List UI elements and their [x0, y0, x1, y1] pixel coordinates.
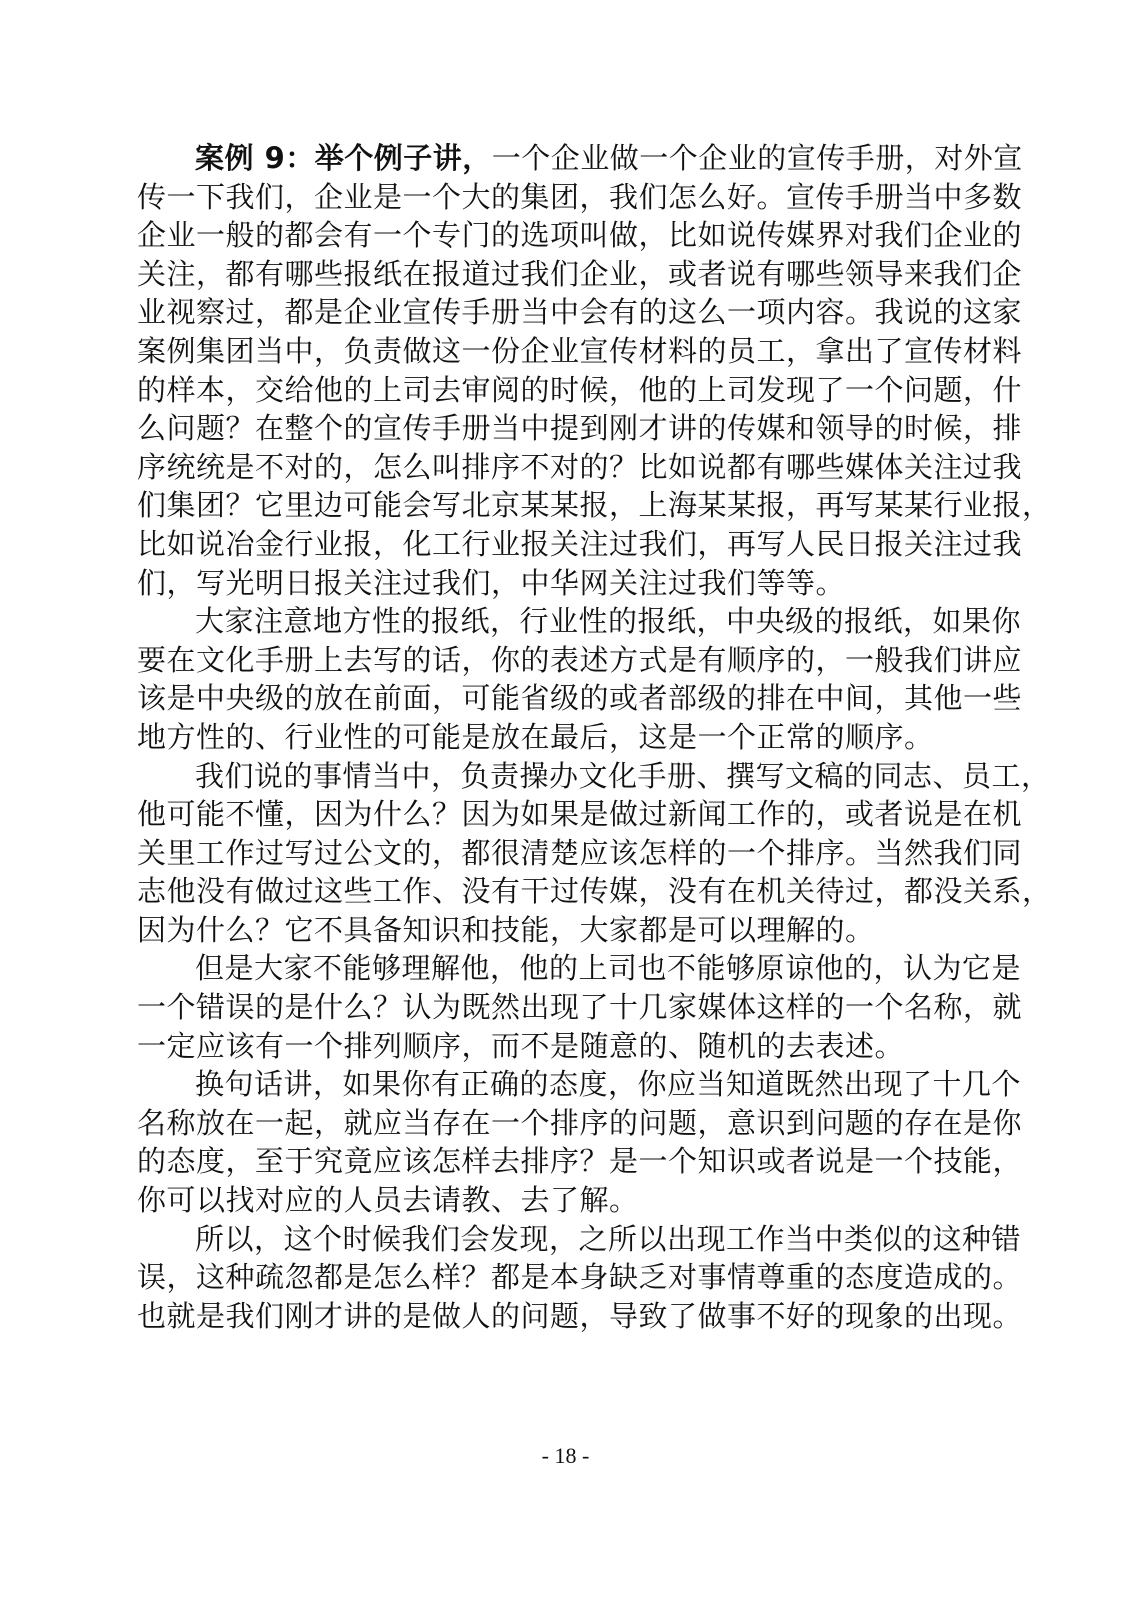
- text-line: 案例集团当中，负责做这一份企业宣传材料的员工，拿出了宣传材料: [137, 332, 975, 371]
- text-line: 的样本，交给他的上司去审阅的时候，他的上司发现了一个问题，什: [137, 371, 975, 410]
- page-number: - 18 -: [0, 1443, 1131, 1469]
- text-line: 们集团？它里边可能会写北京某某报，上海某某报，再写某某行业报，: [137, 486, 975, 525]
- text-line: 误，这种疏忽都是怎么样？都是本身缺乏对事情尊重的态度造成的。: [137, 1258, 975, 1297]
- text-line: 的态度，至于究竟应该怎样去排序？是一个知识或者说是一个技能，: [137, 1142, 975, 1181]
- text-line: 序统统是不对的，怎么叫排序不对的？比如说都有哪些媒体关注过我: [137, 448, 975, 487]
- text-line: 大家注意地方性的报纸，行业性的报纸，中央级的报纸，如果你: [137, 602, 975, 641]
- text-line: 比如说冶金行业报，化工行业报关注过我们，再写人民日报关注过我: [137, 525, 975, 564]
- text-line: 企业一般的都会有一个专门的选项叫做，比如说传媒界对我们企业的: [137, 216, 975, 255]
- text-line: 一定应该有一个排列顺序，而不是随意的、随机的去表述。: [137, 1027, 975, 1066]
- text-line: 因为什么？它不具备知识和技能，大家都是可以理解的。: [137, 911, 975, 950]
- text-line: 也就是我们刚才讲的是做人的问题，导致了做事不好的现象的出现。: [137, 1297, 975, 1336]
- text-line: 名称放在一起，就应当存在一个排序的问题，意识到问题的存在是你: [137, 1104, 975, 1143]
- text-line: 地方性的、行业性的可能是放在最后，这是一个正常的顺序。: [137, 718, 975, 757]
- document-body: 案例 9：举个例子讲，一个企业做一个企业的宣传手册，对外宣 传一下我们，企业是一…: [137, 139, 975, 1335]
- text-line: 你可以找对应的人员去请教、去了解。: [137, 1181, 975, 1220]
- text-line: 一个错误的是什么？认为既然出现了十几家媒体这样的一个名称，就: [137, 988, 975, 1027]
- text-line: 他可能不懂，因为什么？因为如果是做过新闻工作的，或者说是在机: [137, 795, 975, 834]
- text-line: 我们说的事情当中，负责操办文化手册、撰写文稿的同志、员工，: [137, 757, 975, 796]
- text-line: 业视察过，都是企业宣传手册当中会有的这么一项内容。我说的这家: [137, 293, 975, 332]
- text-line: 要在文化手册上去写的话，你的表述方式是有顺序的，一般我们讲应: [137, 641, 975, 680]
- text-line: 所以，这个时候我们会发现，之所以出现工作当中类似的这种错: [137, 1220, 975, 1259]
- text-line: 么问题？在整个的宣传手册当中提到刚才讲的传媒和领导的时候，排: [137, 409, 975, 448]
- text-line: 志他没有做过这些工作、没有干过传媒，没有在机关待过，都没关系，: [137, 872, 975, 911]
- text-line: 关里工作过写过公文的，都很清楚应该怎样的一个排序。当然我们同: [137, 834, 975, 873]
- text-line: 换句话讲，如果你有正确的态度，你应当知道既然出现了十几个: [137, 1065, 975, 1104]
- text-line: 但是大家不能够理解他，他的上司也不能够原谅他的，认为它是: [137, 949, 975, 988]
- text-line: 传一下我们，企业是一个大的集团，我们怎么好。宣传手册当中多数: [137, 178, 975, 217]
- text-line: 案例 9：举个例子讲，一个企业做一个企业的宣传手册，对外宣: [137, 139, 975, 178]
- text-line: 们，写光明日报关注过我们，中华网关注过我们等等。: [137, 564, 975, 603]
- case-heading: 案例 9：举个例子讲，: [195, 141, 492, 175]
- text-line: 该是中央级的放在前面，可能省级的或者部级的排在中间，其他一些: [137, 679, 975, 718]
- text-line: 关注，都有哪些报纸在报道过我们企业，或者说有哪些领导来我们企: [137, 255, 975, 294]
